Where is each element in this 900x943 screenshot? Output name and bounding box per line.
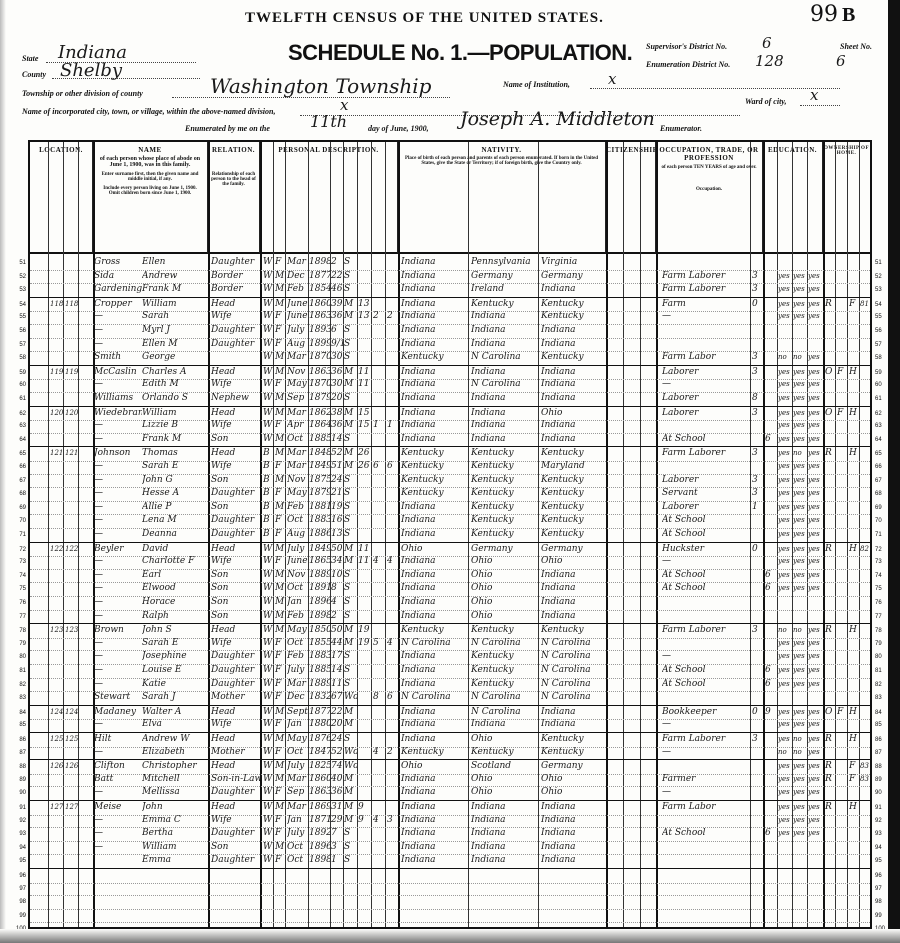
birthplace-father: Kentucky <box>471 678 538 692</box>
birthplace-person: Indiana <box>401 378 468 392</box>
speaks-english: yes <box>808 407 823 421</box>
birthplace-mother: Indiana <box>541 378 606 392</box>
family-number <box>65 555 78 569</box>
occupation: Farm Laborer <box>662 270 750 284</box>
years-married: 11 <box>358 543 371 557</box>
sex: F <box>275 786 285 800</box>
relation: Nephew <box>211 392 260 406</box>
months-school: 6 <box>765 569 777 583</box>
given-name: Frank M <box>142 283 208 297</box>
line-number-right: 66 <box>875 464 895 470</box>
months-school <box>765 407 777 421</box>
family-number: 123 <box>65 624 78 638</box>
dwelling-number <box>50 351 63 365</box>
months-unemployed <box>752 338 763 352</box>
mother-of <box>373 678 385 692</box>
mother-of <box>373 624 385 638</box>
can-write <box>793 324 807 338</box>
children-living <box>387 827 398 841</box>
years-married <box>358 760 371 774</box>
speaks-english <box>808 882 823 896</box>
birth-year: 1898 <box>309 610 330 624</box>
given-name: Josephine <box>142 650 208 664</box>
birthplace-father: Ohio <box>471 555 538 569</box>
birthplace-mother: Ohio <box>541 555 606 569</box>
farm-house <box>849 555 859 569</box>
immigration-year <box>607 256 623 270</box>
occupation: — <box>662 555 750 569</box>
birthplace-person <box>401 882 468 896</box>
color: W <box>263 407 273 421</box>
occupation: Huckster <box>662 543 750 557</box>
birth-month: July <box>287 324 308 338</box>
marital-status: S <box>344 596 357 610</box>
family-number: 127 <box>65 801 78 815</box>
birthplace-father <box>471 882 538 896</box>
birthplace-person: Indiana <box>401 827 468 841</box>
mother-of <box>373 474 385 488</box>
can-write: yes <box>793 555 807 569</box>
color: W <box>263 664 273 678</box>
marital-status: M <box>344 801 357 815</box>
col-citizenship-label: CITIZENSHIP. <box>606 142 655 154</box>
birth-month: Jan <box>287 814 308 828</box>
birthplace-mother: Indiana <box>541 392 606 406</box>
family-number: 126 <box>65 760 78 774</box>
mother-of <box>373 283 385 297</box>
can-write <box>793 610 807 624</box>
table-row: 63 — Lizzie B Wife W F Apr 1864 36 M 15 … <box>30 419 870 434</box>
family-number <box>65 283 78 297</box>
birthplace-father: Ohio <box>471 610 538 624</box>
years-married <box>358 569 371 583</box>
sex: M <box>275 283 285 297</box>
farm-house <box>849 569 859 583</box>
given-name: Myrl J <box>142 324 208 338</box>
immigration-year <box>607 827 623 841</box>
age: 14 <box>331 433 343 447</box>
years-married <box>358 786 371 800</box>
line-number-right: 89 <box>875 777 895 783</box>
immigration-year <box>607 691 623 705</box>
birth-year: 1825 <box>309 760 330 774</box>
given-name: David <box>142 543 208 557</box>
color <box>263 882 273 896</box>
age: 38 <box>331 407 343 421</box>
marital-status: M <box>344 543 357 557</box>
months-school <box>765 814 777 828</box>
months-school <box>765 378 777 392</box>
age: 40 <box>331 773 343 787</box>
birthplace-mother: Indiana <box>541 841 606 855</box>
given-name: Sarah J <box>142 691 208 705</box>
can-read <box>778 895 792 909</box>
line-number-left: 97 <box>6 886 26 892</box>
given-name: William <box>142 841 208 855</box>
can-read: yes <box>778 460 792 474</box>
table-row: 82 — Katie Daughter W F Mar 1889 11 S In… <box>30 678 870 693</box>
dwelling-number <box>50 569 63 583</box>
surname: — <box>94 746 142 760</box>
relation: Daughter <box>211 827 260 841</box>
children-living <box>387 596 398 610</box>
farm-schedule-number <box>860 419 870 433</box>
dwelling-number <box>50 582 63 596</box>
farm-schedule-number: 83 <box>860 760 870 774</box>
can-write: yes <box>793 474 807 488</box>
occupation: — <box>662 746 750 760</box>
line-number-left: 66 <box>6 464 26 470</box>
line-number-right: 69 <box>875 505 895 511</box>
immigration-year <box>607 501 623 515</box>
color: W <box>263 298 273 312</box>
age: 14 <box>331 664 343 678</box>
children-living <box>387 650 398 664</box>
farm-schedule-number <box>860 718 870 732</box>
marital-status <box>344 895 357 909</box>
farm-schedule-number <box>860 310 870 324</box>
birthplace-person: Indiana <box>401 596 468 610</box>
age: 22 <box>331 706 343 720</box>
free-mortgaged <box>837 733 847 747</box>
birthplace-father: Indiana <box>471 324 538 338</box>
line-number-right: 75 <box>875 586 895 592</box>
sex: F <box>275 256 285 270</box>
occupation: At School <box>662 664 750 678</box>
sex: F <box>275 691 285 705</box>
years-married <box>358 392 371 406</box>
owned-rented <box>825 351 835 365</box>
given-name: Sarah <box>142 310 208 324</box>
immigration-year <box>607 447 623 461</box>
years-married <box>358 487 371 501</box>
marital-status: S <box>344 433 357 447</box>
birthplace-mother: Indiana <box>541 433 606 447</box>
birthplace-person: Indiana <box>401 733 468 747</box>
years-married: 11 <box>358 555 371 569</box>
immigration-year <box>607 392 623 406</box>
birth-month <box>287 869 308 883</box>
immigration-year <box>607 706 623 720</box>
birthplace-mother <box>541 882 606 896</box>
speaks-english <box>808 610 823 624</box>
farm-schedule-number <box>860 324 870 338</box>
free-mortgaged <box>837 378 847 392</box>
age: 6 <box>331 324 343 338</box>
line-number-left: 58 <box>6 355 26 361</box>
farm-schedule-number <box>860 487 870 501</box>
mother-of <box>373 733 385 747</box>
birthplace-mother: Indiana <box>541 854 606 868</box>
immigration-year <box>607 298 623 312</box>
surname: Williams <box>94 392 142 406</box>
can-write: yes <box>793 298 807 312</box>
line-number-right: 93 <box>875 831 895 837</box>
birth-month: Oct <box>287 841 308 855</box>
color: W <box>263 582 273 596</box>
farm-schedule-number <box>860 814 870 828</box>
age: 51 <box>331 460 343 474</box>
birthplace-father <box>471 895 538 909</box>
birthplace-father: Indiana <box>471 366 538 380</box>
line-number-left: 85 <box>6 722 26 728</box>
line-number-left: 57 <box>6 342 26 348</box>
mother-of <box>373 501 385 515</box>
relation: Son-in-Law <box>211 773 260 787</box>
line-number-right: 53 <box>875 287 895 293</box>
age: 3 <box>331 841 343 855</box>
age: 13 <box>331 528 343 542</box>
birth-year: 1877 <box>309 706 330 720</box>
owned-rented <box>825 678 835 692</box>
can-read: yes <box>778 310 792 324</box>
years-married <box>358 474 371 488</box>
given-name: Ellen M <box>142 338 208 352</box>
birth-month: Mar <box>287 773 308 787</box>
owned-rented <box>825 582 835 596</box>
free-mortgaged <box>837 528 847 542</box>
dwelling-number <box>50 814 63 828</box>
sex: M <box>275 733 285 747</box>
color: W <box>263 283 273 297</box>
dwelling-number <box>50 338 63 352</box>
mother-of <box>373 366 385 380</box>
can-write <box>793 691 807 705</box>
relation: Head <box>211 407 260 421</box>
mother-of <box>373 407 385 421</box>
farm-schedule-number <box>860 706 870 720</box>
color <box>263 895 273 909</box>
schedule-title: SCHEDULE No. 1.—POPULATION. <box>288 40 632 66</box>
can-read: yes <box>778 487 792 501</box>
given-name: Sarah E <box>142 460 208 474</box>
can-write: yes <box>793 378 807 392</box>
speaks-english: yes <box>808 582 823 596</box>
months-school <box>765 366 777 380</box>
mother-of: 4 <box>373 814 385 828</box>
col-education: EDUCATION. <box>763 142 823 254</box>
birth-year: 1870 <box>309 378 330 392</box>
farm-house <box>849 378 859 392</box>
birth-month: Oct <box>287 514 308 528</box>
family-number <box>65 596 78 610</box>
farm-house <box>849 786 859 800</box>
birthplace-father: Kentucky <box>471 624 538 638</box>
years-married <box>358 528 371 542</box>
dwelling-number <box>50 270 63 284</box>
years-married: 26 <box>358 447 371 461</box>
surname <box>94 882 142 896</box>
years-married: 26 <box>358 460 371 474</box>
birth-month: May <box>287 378 308 392</box>
mother-of <box>373 256 385 270</box>
surname: — <box>94 678 142 692</box>
farm-house <box>849 324 859 338</box>
occupation: — <box>662 310 750 324</box>
occupation: Servant <box>662 487 750 501</box>
surname: — <box>94 637 142 651</box>
dwelling-number <box>50 256 63 270</box>
speaks-english: yes <box>808 514 823 528</box>
dwelling-number: 119 <box>50 366 63 380</box>
can-read: yes <box>778 447 792 461</box>
owned-rented <box>825 746 835 760</box>
marital-status: M <box>344 460 357 474</box>
mother-of <box>373 786 385 800</box>
birthplace-mother: Kentucky <box>541 624 606 638</box>
birthplace-person: Indiana <box>401 419 468 433</box>
family-number <box>65 501 78 515</box>
farm-schedule-number <box>860 392 870 406</box>
can-read: yes <box>778 501 792 515</box>
age: 31 <box>331 801 343 815</box>
given-name: Mitchell <box>142 773 208 787</box>
free-mortgaged <box>837 474 847 488</box>
owned-rented <box>825 256 835 270</box>
owned-rented <box>825 338 835 352</box>
birth-month: Sept <box>287 706 308 720</box>
birth-month <box>287 882 308 896</box>
dwelling-number <box>50 460 63 474</box>
birth-year: 1879 <box>309 392 330 406</box>
age: 24 <box>331 733 343 747</box>
mother-of: 4 <box>373 746 385 760</box>
sex: F <box>275 338 285 352</box>
years-married: 13 <box>358 310 371 324</box>
sex: M <box>275 366 285 380</box>
relation: Daughter <box>211 678 260 692</box>
speaks-english: yes <box>808 310 823 324</box>
line-number-left: 53 <box>6 287 26 293</box>
owned-rented <box>825 827 835 841</box>
line-number-left: 61 <box>6 396 26 402</box>
occupation <box>662 419 750 433</box>
birthplace-person <box>401 895 468 909</box>
can-write: yes <box>793 706 807 720</box>
birth-year: 1885 <box>309 433 330 447</box>
age <box>331 869 343 883</box>
relation: Wife <box>211 460 260 474</box>
sex: M <box>275 501 285 515</box>
months-school: 6 <box>765 582 777 596</box>
given-name: Ellen <box>142 256 208 270</box>
col-occupation-desc: of each person TEN YEARS of age and over… <box>656 162 762 173</box>
immigration-year <box>607 773 623 787</box>
birthplace-mother: Indiana <box>541 419 606 433</box>
line-number-left: 60 <box>6 382 26 388</box>
sex: M <box>275 447 285 461</box>
age: 46 <box>331 283 343 297</box>
line-number-right: 79 <box>875 641 895 647</box>
speaks-english: yes <box>808 270 823 284</box>
surname: Cropper <box>94 298 142 312</box>
family-number <box>65 270 78 284</box>
months-unemployed <box>752 841 763 855</box>
age: 2 <box>331 256 343 270</box>
months-unemployed: 3 <box>752 270 763 284</box>
owned-rented: R <box>825 298 835 312</box>
family-number: 124 <box>65 706 78 720</box>
birth-month: Oct <box>287 854 308 868</box>
family-number <box>65 392 78 406</box>
marital-status: M <box>344 447 357 461</box>
free-mortgaged <box>837 854 847 868</box>
can-read: yes <box>778 392 792 406</box>
table-row: 71 — Deanna Daughter B F Aug 1886 13 S I… <box>30 528 870 543</box>
can-write: yes <box>793 270 807 284</box>
immigration-year <box>607 882 623 896</box>
immigration-year <box>607 528 623 542</box>
immigration-year <box>607 786 623 800</box>
table-row: 81 — Louise E Daughter W F July 1885 14 … <box>30 664 870 679</box>
table-row: 93 — Bertha Daughter W F July 1892 7 S I… <box>30 827 870 842</box>
immigration-year <box>607 869 623 883</box>
can-write: no <box>793 733 807 747</box>
occupation <box>662 760 750 774</box>
can-read <box>778 909 792 923</box>
children-living <box>387 909 398 923</box>
can-read: yes <box>778 664 792 678</box>
months-unemployed: 3 <box>752 733 763 747</box>
owned-rented <box>825 433 835 447</box>
sex <box>275 909 285 923</box>
color: W <box>263 814 273 828</box>
can-read: yes <box>778 543 792 557</box>
children-living <box>387 324 398 338</box>
immigration-year <box>607 841 623 855</box>
mother-of <box>373 351 385 365</box>
occupation: At School <box>662 569 750 583</box>
months-unemployed <box>752 678 763 692</box>
family-number: 125 <box>65 733 78 747</box>
farm-schedule-number <box>860 624 870 638</box>
color: W <box>263 718 273 732</box>
can-read <box>778 256 792 270</box>
line-number-right: 59 <box>875 370 895 376</box>
birth-month: Aug <box>287 528 308 542</box>
col-name-note2: Include every person living on June 1, 1… <box>93 184 207 198</box>
line-number-right: 52 <box>875 274 895 280</box>
marital-status: S <box>344 487 357 501</box>
months-school <box>765 786 777 800</box>
birth-year: 1877 <box>309 270 330 284</box>
table-row: 97 97 <box>30 882 870 897</box>
children-living <box>387 447 398 461</box>
owned-rented <box>825 487 835 501</box>
table-row: 94 — William Son W M Oct 1896 3 S Indian… <box>30 841 870 856</box>
birth-year: 1854 <box>309 283 330 297</box>
speaks-english <box>808 324 823 338</box>
birthplace-mother: Indiana <box>541 827 606 841</box>
occupation: At School <box>662 528 750 542</box>
sex: F <box>275 664 285 678</box>
farm-schedule-number <box>860 854 870 868</box>
family-number <box>65 746 78 760</box>
birth-year: 1848 <box>309 447 330 461</box>
relation: Head <box>211 801 260 815</box>
children-living <box>387 433 398 447</box>
line-number-left: 75 <box>6 586 26 592</box>
given-name: Hesse A <box>142 487 208 501</box>
occupation: At School <box>662 433 750 447</box>
immigration-year <box>607 407 623 421</box>
occupation <box>662 909 750 923</box>
months-school <box>765 895 777 909</box>
birth-month: Apr <box>287 419 308 433</box>
birth-month: Feb <box>287 650 308 664</box>
can-write: yes <box>793 814 807 828</box>
relation: Daughter <box>211 487 260 501</box>
